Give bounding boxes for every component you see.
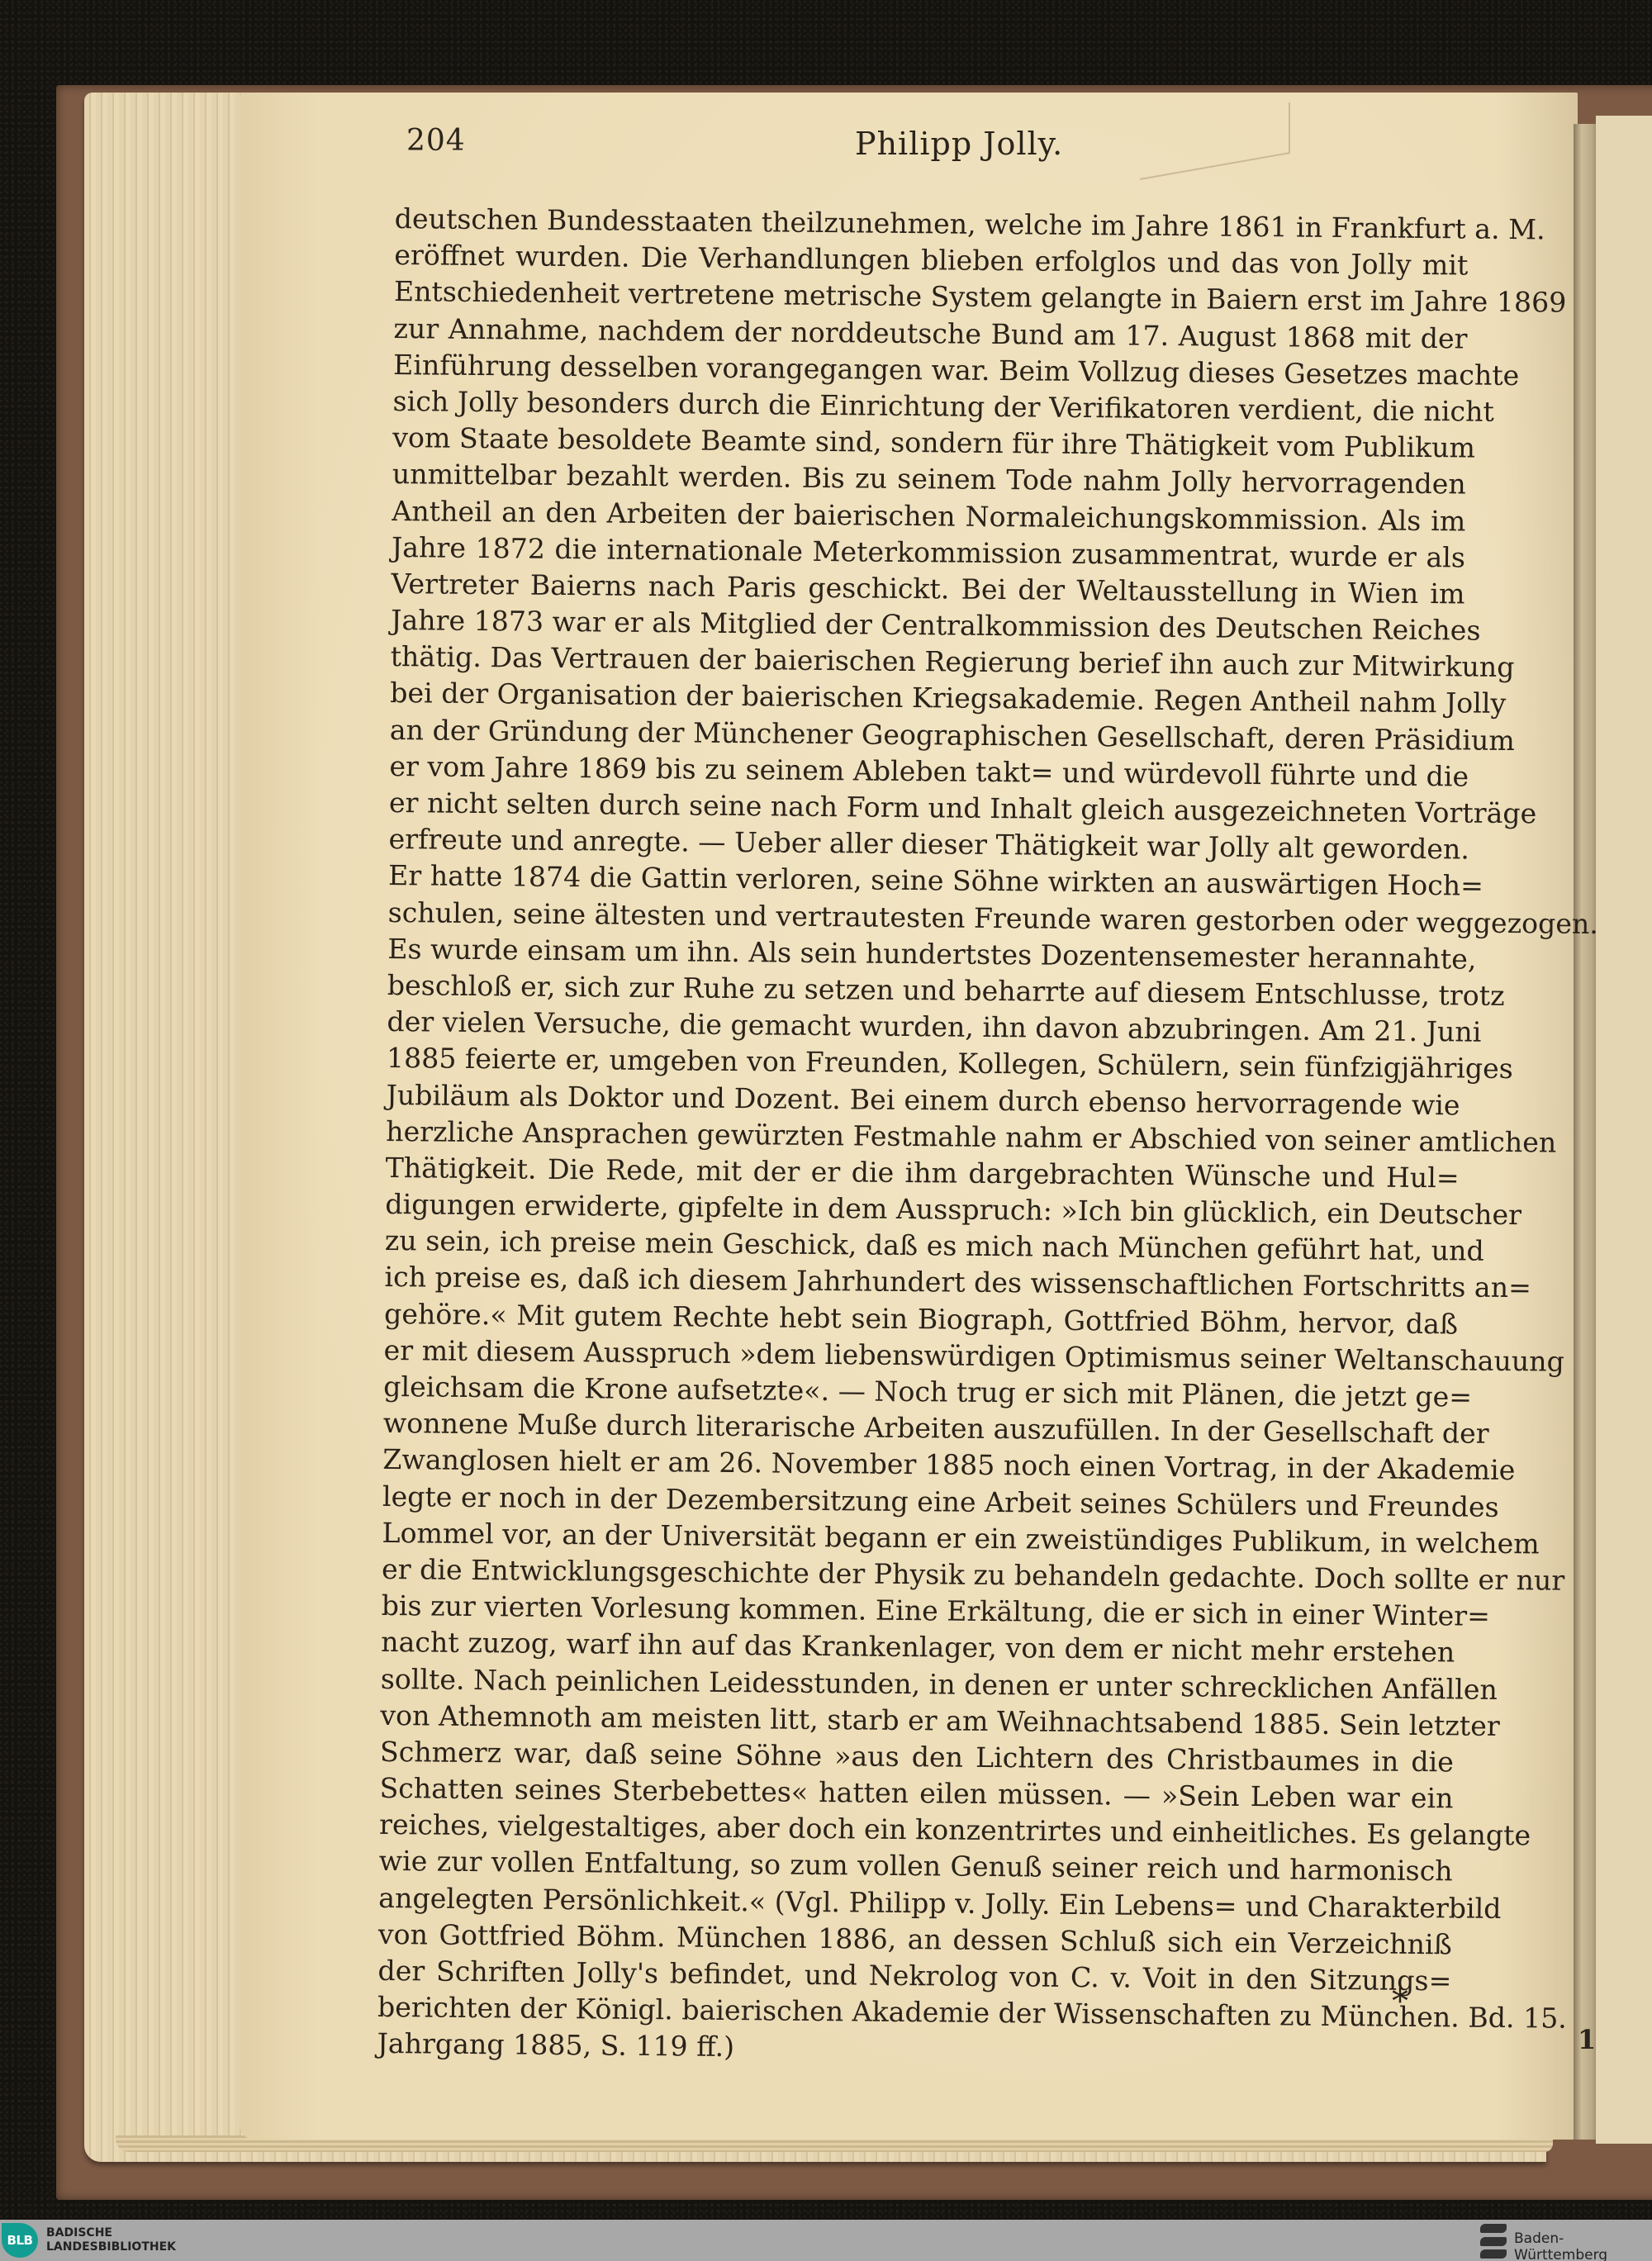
- baden-wuerttemberg-lions-icon: [1480, 2224, 1507, 2259]
- library-name-line2: LANDESBIBLIOTHEK: [46, 2240, 176, 2254]
- footer-bar: BLB BADISCHE LANDESBIBLIOTHEK Baden-Würt…: [0, 2220, 1652, 2261]
- facing-page: [1596, 116, 1652, 2144]
- end-asterisk: *: [1392, 1983, 1408, 2021]
- body-text: deutschen Bundesstaaten theilzunehmen, w…: [377, 201, 1469, 2073]
- state-name[interactable]: Baden-Württemberg: [1514, 2230, 1652, 2261]
- library-name-line1: BADISCHE: [46, 2226, 176, 2240]
- page-number: 204: [406, 124, 466, 158]
- book-gutter: [1574, 124, 1597, 2140]
- blb-logo[interactable]: BLB: [2, 2223, 38, 2258]
- library-name[interactable]: BADISCHE LANDESBIBLIOTHEK: [46, 2226, 176, 2254]
- running-head: Philipp Jolly.: [855, 126, 1063, 162]
- facing-page-mark: 1: [1578, 2024, 1596, 2055]
